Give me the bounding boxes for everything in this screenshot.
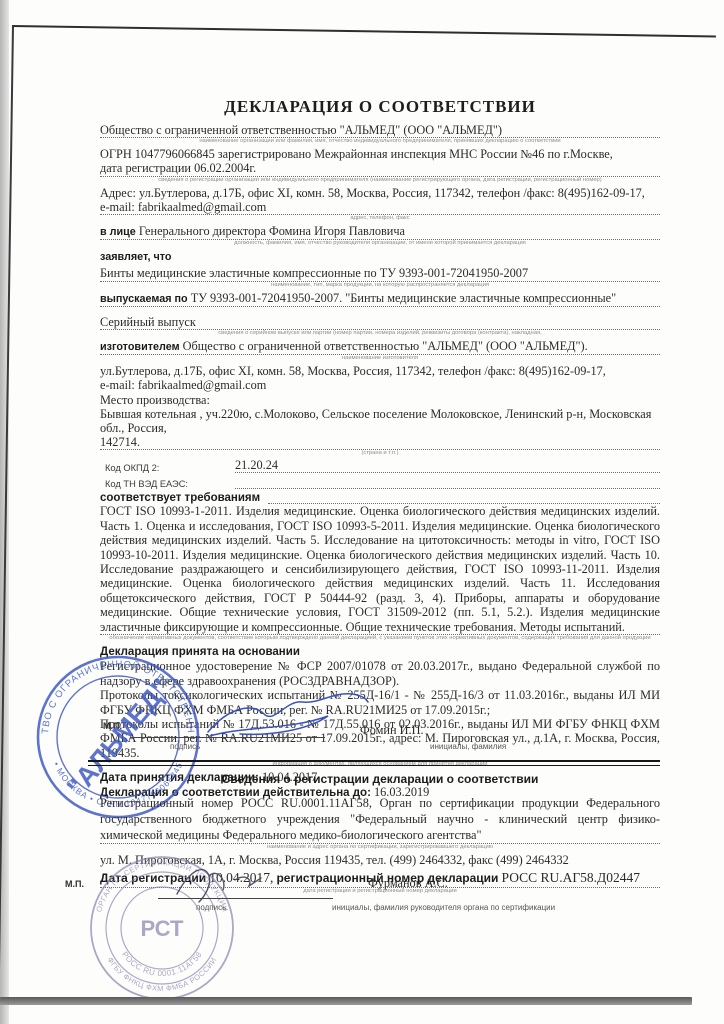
scanner-edge bbox=[0, 0, 9, 1024]
signature-1-caption: подпись bbox=[170, 742, 200, 751]
representative-group: в лице Генерального директора Фомина Иго… bbox=[100, 224, 660, 247]
manufacturer-caption: наименование изготовителя bbox=[100, 355, 660, 362]
representative-label: в лице bbox=[100, 226, 136, 238]
production-place-label: Место производства: bbox=[100, 393, 660, 407]
product-group: Бинты медицинские эластичные компрессион… bbox=[100, 266, 660, 288]
issued-label: выпускаемая по bbox=[100, 293, 188, 305]
serial-caption: сведения о серийном выпуске или партии (… bbox=[100, 330, 660, 337]
manufacturer-line: изготовителем Общество с ограниченной от… bbox=[100, 339, 660, 355]
signatory-1-name: Фомин И.П. bbox=[360, 723, 424, 737]
signature-2-line bbox=[158, 898, 333, 899]
product-caption: наименование, тип, марка продукции, на к… bbox=[100, 282, 660, 289]
representative-caption: должность, фамилия, имя, отчество руково… bbox=[100, 240, 660, 247]
registration-body: Регистрационный номер РОСС RU.0001.11АГ5… bbox=[100, 795, 660, 844]
declarant-address: Адрес: ул.Бутлерова, д.17Б, офис XI, ком… bbox=[100, 186, 660, 215]
section-separator bbox=[88, 760, 660, 766]
stamp-place-label-2: М.П. bbox=[65, 879, 84, 889]
svg-text:РОСС RU 0001.11АГ58: РОСС RU 0001.11АГ58 bbox=[120, 950, 204, 978]
tnved-row: Код ТН ВЭД ЕАЭС: bbox=[105, 475, 660, 489]
signature-1-line bbox=[130, 737, 325, 738]
declarant-ogrn-group: ОГРН 1047796066845 зарегистрировано Межр… bbox=[100, 147, 660, 183]
production-place-caption: (страна и т.п.) bbox=[100, 450, 660, 457]
representative-text: Генерального директора Фомина Игоря Павл… bbox=[139, 224, 405, 238]
declarant-address-group: Адрес: ул.Бутлерова, д.17Б, офис XI, ком… bbox=[100, 186, 660, 222]
manufacturer-name: Общество с ограниченной ответственностью… bbox=[183, 339, 588, 353]
serial-line: Серийный выпуск bbox=[100, 315, 660, 330]
declarant-name-caption: наименование организации или фамилия, им… bbox=[100, 138, 660, 145]
conformity-text: ГОСТ ISO 10993-1-2011. Изделия медицинск… bbox=[100, 504, 660, 635]
declares-line: заявляет, что bbox=[100, 249, 660, 264]
issued-group: выпускаемая по ТУ 9393-001-72041950-2007… bbox=[100, 291, 660, 307]
okpd-label: Код ОКПД 2: bbox=[105, 463, 235, 473]
conformity-caption: обозначение нормативных документов, соот… bbox=[100, 635, 660, 642]
conformity-label-rule bbox=[268, 491, 660, 504]
issued-line: выпускаемая по ТУ 9393-001-72041950-2007… bbox=[100, 291, 660, 307]
declarant-ogrn: ОГРН 1047796066845 зарегистрировано Межр… bbox=[100, 147, 660, 176]
conformity-label: соответствует требованиям bbox=[100, 492, 260, 504]
signatory-1-caption: инициалы, фамилия bbox=[430, 742, 506, 751]
declarant-name: Общество с ограниченной ответственностью… bbox=[100, 123, 660, 138]
signatory-2-name: Фурманов А.С. bbox=[368, 876, 448, 890]
issued-text: ТУ 9393-001-72041950-2007. "Бинты медици… bbox=[191, 291, 616, 305]
tnved-label: Код ТН ВЭД ЕАЭС: bbox=[105, 479, 235, 489]
declares-label: заявляет, что bbox=[100, 251, 172, 263]
okpd-value: 21.20.24 bbox=[235, 459, 660, 473]
serial-group: Серийный выпуск сведения о серийном выпу… bbox=[100, 315, 660, 337]
signature-1 bbox=[200, 686, 375, 744]
signatory-2-caption: инициалы, фамилия руководителя органа по… bbox=[332, 903, 555, 912]
scan-bottom-shadow bbox=[0, 997, 692, 1005]
declarant-address-caption: адрес, телефон, факс bbox=[100, 215, 660, 222]
tnved-value bbox=[235, 475, 660, 489]
declarant-ogrn-caption: сведения о регистрации организации или и… bbox=[100, 177, 660, 184]
conformity-group: ГОСТ ISO 10993-1-2011. Изделия медицинск… bbox=[100, 504, 660, 642]
product-line: Бинты медицинские эластичные компрессион… bbox=[100, 266, 660, 281]
production-place: Бывшая котельная , уч.220ю, с.Молоково, … bbox=[100, 407, 660, 451]
cert-stamp-number-text: РОСС RU 0001.11АГ58 bbox=[120, 950, 204, 978]
registration-number-value: РОСС RU.АГ58.Д02447 bbox=[502, 870, 641, 885]
declarant-name-group: Общество с ограниченной ответственностью… bbox=[100, 123, 660, 145]
okpd-row: Код ОКПД 2: 21.20.24 bbox=[105, 459, 660, 473]
representative-line: в лице Генерального директора Фомина Иго… bbox=[100, 224, 660, 240]
manufacturer-label: изготовителем bbox=[100, 341, 180, 353]
registration-body-group: Регистрационный номер РОСС RU.0001.11АГ5… bbox=[100, 795, 660, 851]
declaration-document-page: ДЕКЛАРАЦИЯ О СООТВЕТСТВИИ Общество с огр… bbox=[0, 0, 724, 1024]
cert-stamp-center-text: РСТ bbox=[141, 916, 184, 941]
signature-2-caption: подпись bbox=[196, 903, 226, 912]
conformity-label-row: соответствует требованиям bbox=[100, 491, 660, 504]
document-title: ДЕКЛАРАЦИЯ О СООТВЕТСТВИИ bbox=[100, 97, 660, 117]
registration-body-caption: наименование и адрес органа по сертифика… bbox=[100, 844, 660, 851]
registration-title: Сведения о регистрации декларации о соот… bbox=[100, 772, 660, 786]
manufacturer-group: изготовителем Общество с ограниченной от… bbox=[100, 339, 660, 362]
manufacturer-address: ул.Бутлерова, д.17Б, офис XI, комн. 58, … bbox=[100, 364, 660, 392]
production-place-group: Бывшая котельная , уч.220ю, с.Молоково, … bbox=[100, 407, 660, 458]
